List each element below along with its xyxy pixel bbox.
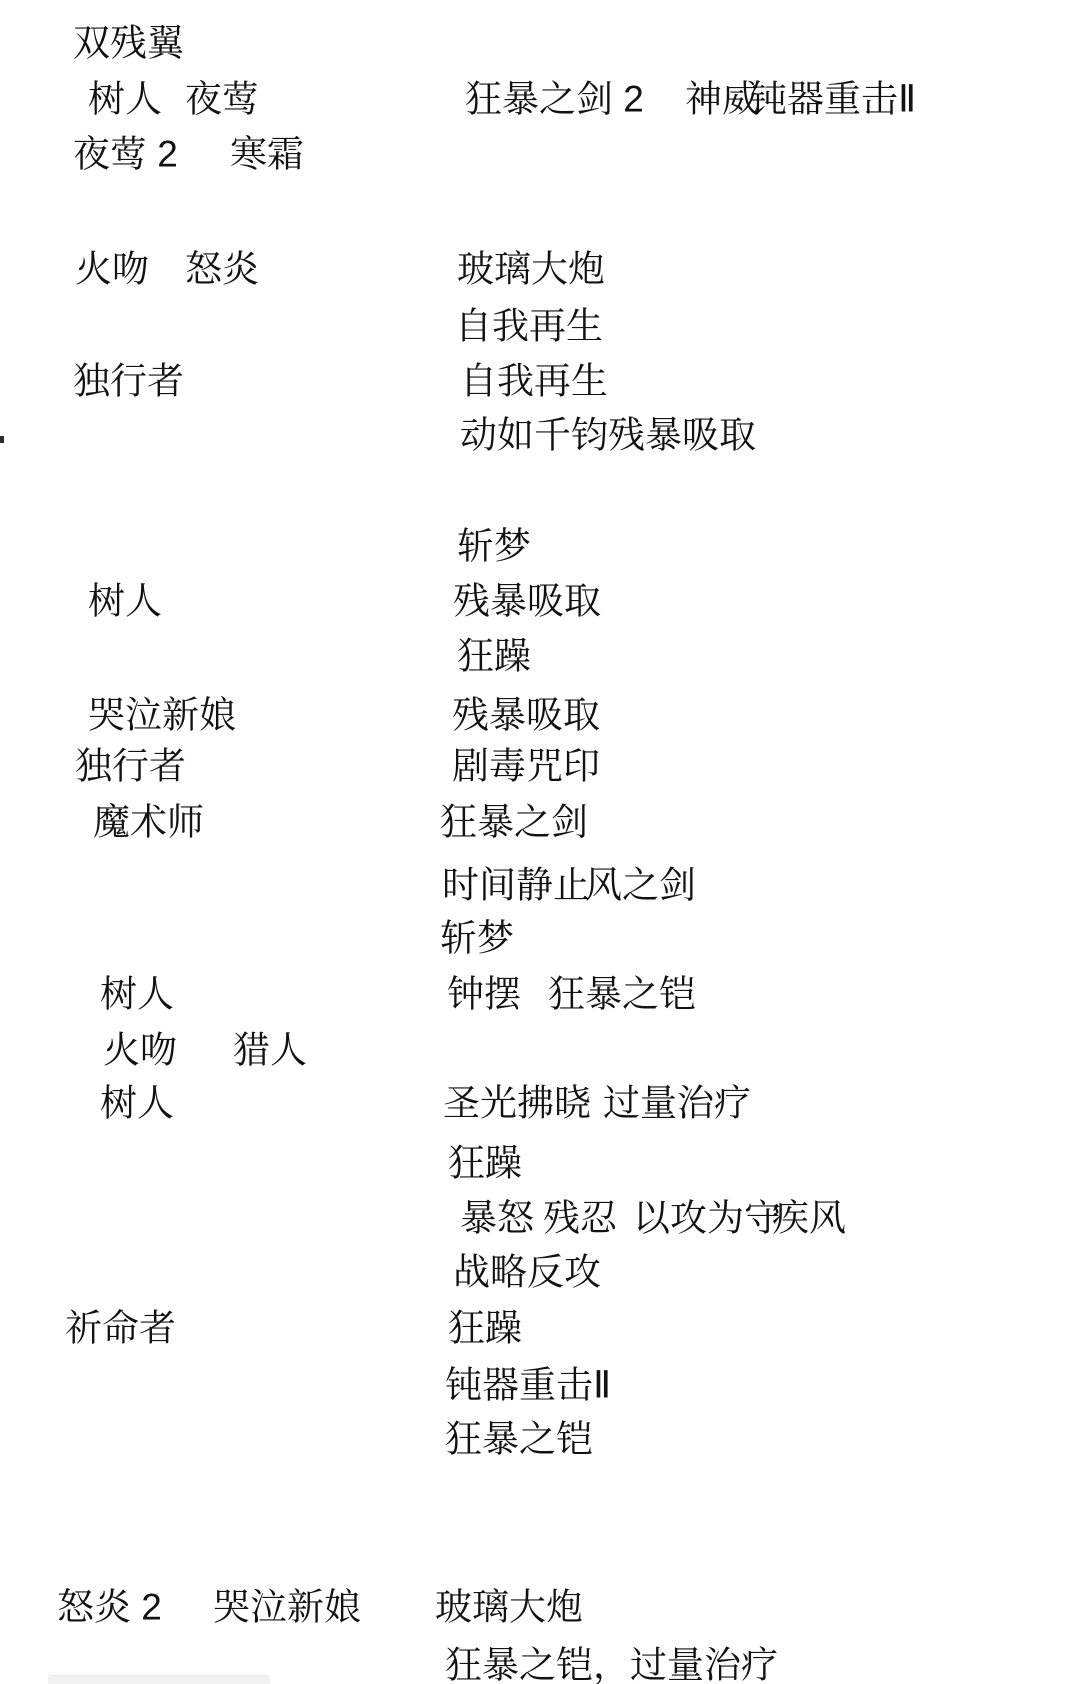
text-run: 残忍 xyxy=(543,1200,617,1237)
text-run: 残暴吸取 xyxy=(453,583,601,620)
text-run: 猎人 xyxy=(233,1032,307,1069)
text-run: 神威 xyxy=(685,81,759,118)
left-edge-mark xyxy=(0,436,4,443)
text-run: 独行者 xyxy=(73,363,184,400)
text-run: 树人 xyxy=(88,583,162,620)
text-run: 哭泣新娘 xyxy=(88,697,236,734)
text-run: 火吻 xyxy=(75,251,149,288)
text-run: 寒霜 xyxy=(230,136,304,173)
text-run: 夜莺 xyxy=(185,81,259,118)
text-run: 圣光拂晓 xyxy=(443,1085,591,1122)
partial-row-highlight xyxy=(48,1675,270,1684)
text-run: 狂暴之剑 xyxy=(440,804,588,841)
text-run: 暴怒 xyxy=(460,1200,534,1237)
text-run: 独行者 xyxy=(75,748,186,785)
text-run: 祈命者 xyxy=(65,1310,176,1347)
text-run: 夜莺 2 xyxy=(73,136,178,173)
text-run: 斩梦 xyxy=(457,528,531,565)
text-run: 战略反攻 xyxy=(453,1254,601,1291)
text-run: 怒炎 2 xyxy=(57,1589,162,1626)
text-run: 魔术师 xyxy=(93,804,204,841)
text-run: 狂躁 xyxy=(448,1310,522,1347)
document-page: 双残翼树人夜莺狂暴之剑 2神威钝器重击Ⅱ夜莺 2寒霜火吻怒炎玻璃大炮自我再生独行… xyxy=(0,0,1080,1684)
text-run: 火吻 xyxy=(103,1032,177,1069)
text-run: 狂暴之铠 xyxy=(445,1421,593,1458)
text-run: 以攻为守 xyxy=(633,1200,781,1237)
text-run: 玻璃大炮 xyxy=(457,251,605,288)
text-run: 风之剑 xyxy=(585,867,696,904)
text-run: 钝器重击Ⅱ xyxy=(750,81,916,118)
text-run: 动如千钧 xyxy=(460,417,608,454)
text-run: 狂躁 xyxy=(457,638,531,675)
text-run: 狂暴之铠 xyxy=(548,976,696,1013)
text-run: 时间静止 xyxy=(442,867,590,904)
text-run: 斩梦 xyxy=(440,920,514,957)
text-run: 树人 xyxy=(88,81,162,118)
text-run: 玻璃大炮 xyxy=(435,1589,583,1626)
text-run: 双残翼 xyxy=(73,25,184,62)
text-run: 残暴吸取 xyxy=(608,417,756,454)
text-run: 狂暴之剑 2 xyxy=(465,81,644,118)
text-run: 疾风 xyxy=(772,1200,846,1237)
text-run: 自我再生 xyxy=(455,308,603,345)
text-run: 树人 xyxy=(100,1085,174,1122)
text-run: 剧毒咒印 xyxy=(452,748,600,785)
text-run: 钟摆 xyxy=(447,976,521,1013)
text-run: 树人 xyxy=(100,976,174,1013)
text-run: 钝器重击Ⅱ xyxy=(445,1367,611,1404)
text-run: 残暴吸取 xyxy=(452,697,600,734)
text-run: 狂暴之铠，过量治疗 xyxy=(445,1647,778,1684)
text-run: 哭泣新娘 xyxy=(213,1589,361,1626)
text-run: 怒炎 xyxy=(185,251,259,288)
text-run: 过量治疗 xyxy=(603,1085,751,1122)
text-run: 狂躁 xyxy=(448,1145,522,1182)
text-run: 自我再生 xyxy=(460,363,608,400)
